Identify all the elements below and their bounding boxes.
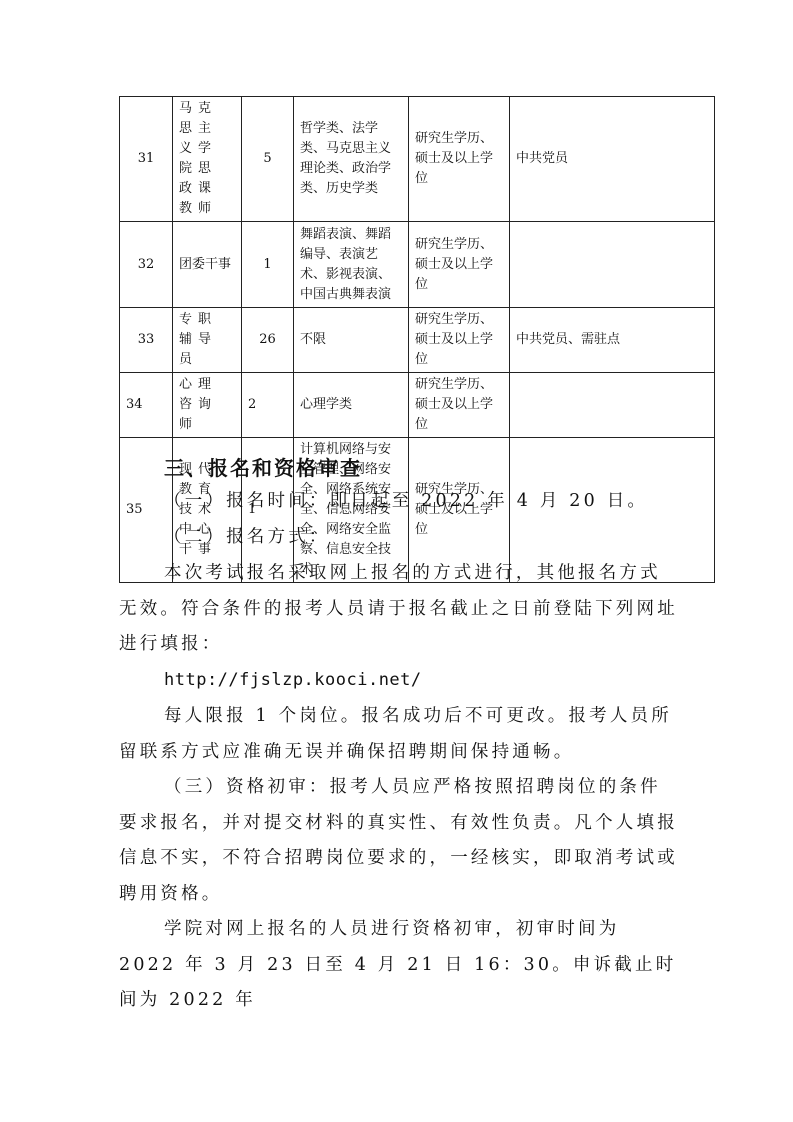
- education-requirement: 研究生学历、硕士及以上学位: [409, 97, 510, 222]
- one-position-rule: 每人限报 1 个岗位。报名成功后不可更改。报考人员所留联系方式应准确无误并确保招…: [119, 699, 679, 770]
- headcount: 5: [242, 97, 294, 222]
- other-requirement: [510, 373, 715, 438]
- position-name: 团委干事: [173, 222, 242, 308]
- education-requirement: 研究生学历、硕士及以上学位: [409, 222, 510, 308]
- registration-method-text: 本次考试报名采取网上报名的方式进行，其他报名方式无效。符合条件的报考人员请于报名…: [119, 556, 679, 663]
- table-row: 34 心理咨询师 2 心理学类 研究生学历、硕士及以上学位: [120, 373, 715, 438]
- table-row: 31 马克思主义学院思政课教师 5 哲学类、法学类、马克思主义理论类、政治学类、…: [120, 97, 715, 222]
- registration-url[interactable]: http://fjslzp.kooci.net/: [119, 663, 679, 699]
- position-name: 心理咨询师: [173, 373, 242, 438]
- table-row: 33 专职辅导员 26 不限 研究生学历、硕士及以上学位 中共党员、需驻点: [120, 308, 715, 373]
- document-page: 31 马克思主义学院思政课教师 5 哲学类、法学类、马克思主义理论类、政治学类、…: [0, 0, 793, 1122]
- other-requirement: 中共党员、需驻点: [510, 308, 715, 373]
- headcount: 26: [242, 308, 294, 373]
- major-requirement: 不限: [294, 308, 409, 373]
- other-requirement: [510, 222, 715, 308]
- registration-time: （一）报名时间：即日起至 2022 年 4 月 20 日。: [119, 484, 679, 520]
- row-number: 31: [120, 97, 173, 222]
- major-requirement: 心理学类: [294, 373, 409, 438]
- registration-method-label: （二）报名方式：: [119, 520, 679, 556]
- table-row: 32 团委干事 1 舞蹈表演、舞蹈编导、表演艺术、影视表演、中国古典舞表演 研究…: [120, 222, 715, 308]
- review-schedule-text: 学院对网上报名的人员进行资格初审，初审时间为 2022 年 3 月 23 日至 …: [119, 912, 679, 1019]
- headcount: 2: [242, 373, 294, 438]
- qualification-review-text: （三）资格初审：报考人员应严格按照招聘岗位的条件要求报名，并对提交材料的真实性、…: [119, 770, 679, 912]
- row-number: 33: [120, 308, 173, 373]
- row-number: 34: [120, 373, 173, 438]
- position-name: 马克思主义学院思政课教师: [173, 97, 242, 222]
- major-requirement: 舞蹈表演、舞蹈编导、表演艺术、影视表演、中国古典舞表演: [294, 222, 409, 308]
- education-requirement: 研究生学历、硕士及以上学位: [409, 308, 510, 373]
- education-requirement: 研究生学历、硕士及以上学位: [409, 373, 510, 438]
- section-heading: 三、报名和资格审查: [164, 452, 362, 481]
- major-requirement: 哲学类、法学类、马克思主义理论类、政治学类、历史学类: [294, 97, 409, 222]
- headcount: 1: [242, 222, 294, 308]
- row-number: 32: [120, 222, 173, 308]
- other-requirement: 中共党员: [510, 97, 715, 222]
- position-name: 专职辅导员: [173, 308, 242, 373]
